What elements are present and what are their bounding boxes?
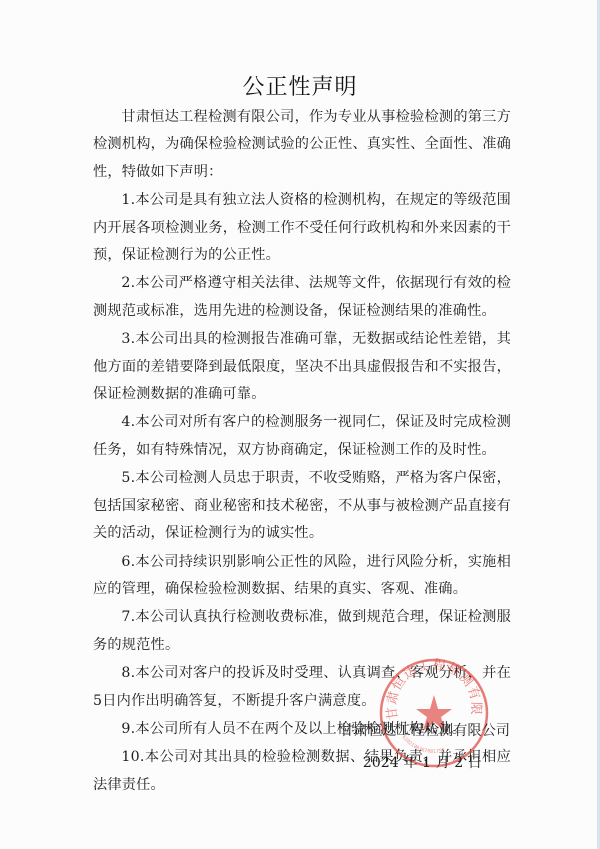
signature-date: 2024 年 1 月 2 日 [340,749,482,777]
clause-4: 4.本公司对所有客户的检测服务一视同仁，保证及时完成检测任务，如有特殊情况，双方… [93,409,511,464]
clause-6: 6.本公司持续识别影响公正性的风险，进行风险分析，实施相应的管理，确保检验检测数… [93,549,511,604]
document-title: 公正性声明 [0,70,600,101]
clause-1: 1.本公司是具有独立法人资格的检测机构，在规定的等级范围内开展各项检测业务，检测… [93,187,511,269]
clause-8: 8.本公司对客户的投诉及时受理、认真调查、客观分析，并在5日内作出明确答复，不断… [93,660,511,715]
clause-7: 7.本公司认真执行检测收费标准，做到规范合理，保证检测服务的规范性。 [93,604,511,659]
clause-2: 2.本公司严格遵守相关法律、法规等文件，依据现行有效的检测规范或标准，选用先进的… [93,270,511,325]
signature-company: 甘肃恒达工程检测有限公司 [340,717,510,745]
document-body: 甘肃恒达工程检测有限公司，作为专业从事检验检测的第三方检测机构，为确保检验检测试… [93,104,511,800]
clause-5: 5.本公司检测人员忠于职责，不收受贿赂，严格为客户保密，包括国家秘密、商业秘密和… [93,465,511,547]
clause-3: 3.本公司出具的检测报告准确可靠，无数据或结论性差错，其他方面的差错要降到最低限… [93,326,511,408]
intro-paragraph: 甘肃恒达工程检测有限公司，作为专业从事检验检测的第三方检测机构，为确保检验检测试… [93,104,511,186]
signature-block: 甘肃恒达工程检测有限公司 2024 年 1 月 2 日 [340,717,510,777]
document-page: 公正性声明 甘肃恒达工程检测有限公司，作为专业从事检验检测的第三方检测机构，为确… [0,0,600,849]
